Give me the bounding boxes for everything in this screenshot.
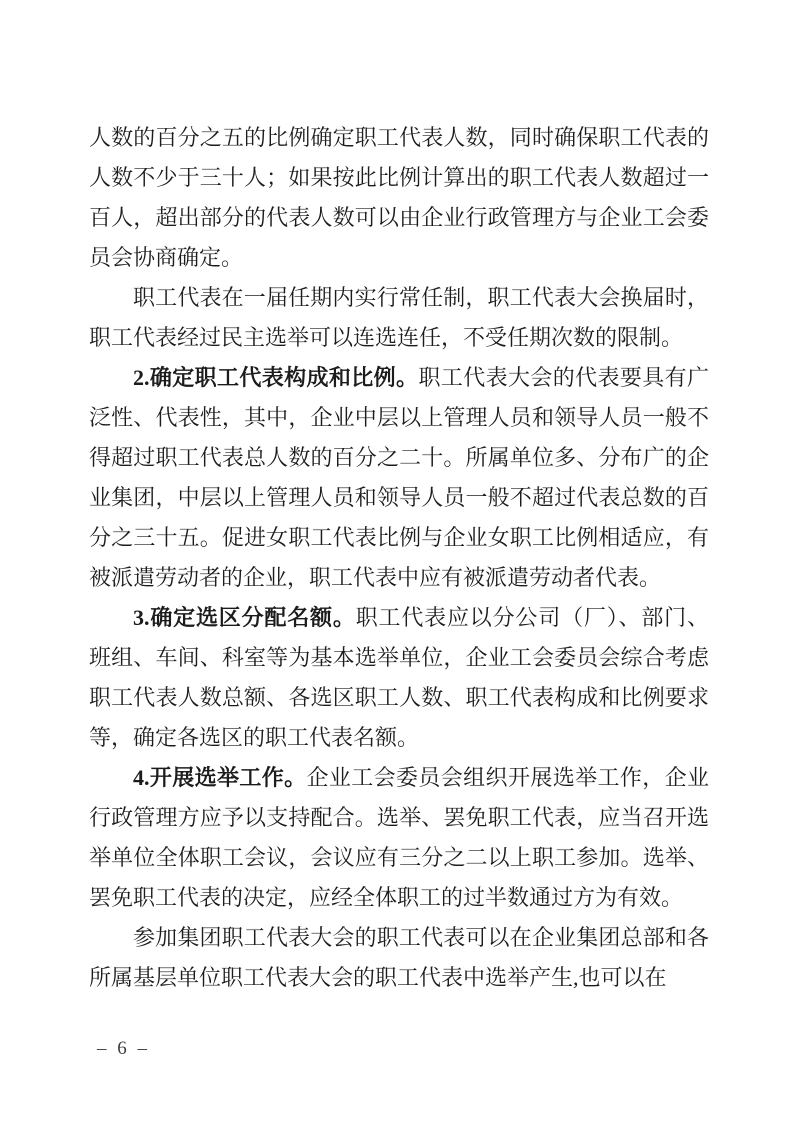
paragraph-text: 职工代表大会的代表要具有广泛性、代表性，其中，企业中层以上管理人员和领导人员一般… bbox=[89, 365, 709, 590]
page-number: – 6 – bbox=[97, 1038, 150, 1060]
section-heading: 2.确定职工代表构成和比例。 bbox=[133, 365, 418, 390]
body-paragraph: 参加集团职工代表大会的职工代表可以在企业集团总部和各所属基层单位职工代表大会的职… bbox=[89, 918, 709, 998]
paragraph-text: 参加集团职工代表大会的职工代表可以在企业集团总部和各所属基层单位职工代表大会的职… bbox=[89, 925, 709, 990]
paragraph-text: 职工代表在一届任期内实行常任制，职工代表大会换届时，职工代表经过民主选举可以连选… bbox=[89, 285, 709, 350]
document-page: 人数的百分之五的比例确定职工代表人数，同时确保职工代表的人数不少于三十人；如果按… bbox=[0, 0, 794, 1123]
body-paragraph: 4.开展选举工作。企业工会委员会组织开展选举工作，企业行政管理方应予以支持配合。… bbox=[89, 758, 709, 918]
body-paragraph: 3.确定选区分配名额。职工代表应以分公司（厂）、部门、班组、车间、科室等为基本选… bbox=[89, 598, 709, 758]
section-heading: 3.确定选区分配名额。 bbox=[133, 605, 356, 630]
document-body: 人数的百分之五的比例确定职工代表人数，同时确保职工代表的人数不少于三十人；如果按… bbox=[89, 118, 709, 998]
body-paragraph: 职工代表在一届任期内实行常任制，职工代表大会换届时，职工代表经过民主选举可以连选… bbox=[89, 278, 709, 358]
paragraph-text: 人数的百分之五的比例确定职工代表人数，同时确保职工代表的人数不少于三十人；如果按… bbox=[89, 125, 709, 270]
body-paragraph: 人数的百分之五的比例确定职工代表人数，同时确保职工代表的人数不少于三十人；如果按… bbox=[89, 118, 709, 278]
body-paragraph: 2.确定职工代表构成和比例。职工代表大会的代表要具有广泛性、代表性，其中，企业中… bbox=[89, 358, 709, 598]
section-heading: 4.开展选举工作。 bbox=[133, 765, 307, 790]
